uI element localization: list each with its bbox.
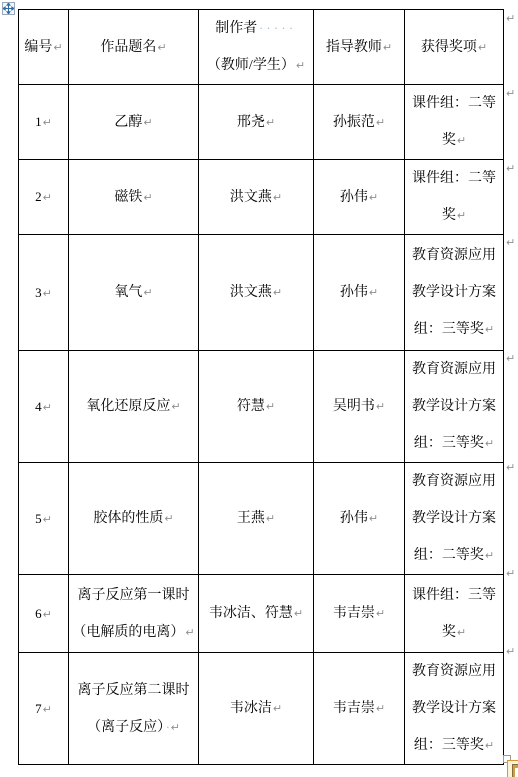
award-text: 组：三等奖 [414, 436, 484, 451]
cell-creator[interactable]: 邢尧↵ [199, 85, 314, 160]
header-cell-advisor[interactable]: 指导教师↵ [314, 10, 405, 85]
table-header-row: 编号↵ 作品题名↵ 制作者····· （教师/学生）↵ 指导教师↵ 获得奖项↵ [19, 10, 504, 85]
cell-end-mark: ↵ [294, 607, 303, 620]
cell-end-mark: ↵ [296, 59, 305, 72]
cell-end-mark: ↵ [53, 41, 62, 54]
row-number: 3 [35, 285, 42, 300]
cell-end-mark: ↵ [457, 209, 466, 222]
table-row: 1↵ 乙醇↵ 邢尧↵ 孙振范↵ 课件组：二等 奖↵ [19, 85, 504, 160]
cell-end-mark: ↵ [164, 512, 173, 525]
work-title: 离子反应第一课时 [78, 588, 190, 603]
award-text: 奖 [442, 208, 456, 223]
clipboard-icon [512, 764, 518, 777]
work-title: 氧气 [114, 285, 142, 300]
cell-advisor[interactable]: 吴明书↵ [314, 351, 405, 463]
row-end-mark: ↵ [506, 646, 515, 657]
row-end-mark: ↵ [506, 237, 515, 248]
award-text: 组：二等奖 [414, 548, 484, 563]
cell-end-mark: ↵ [266, 512, 275, 525]
cell-end-mark: ↵ [266, 400, 275, 413]
cell-creator[interactable]: 韦冰洁、符慧↵ [199, 575, 314, 653]
cell-end-mark: ↵ [376, 702, 385, 715]
cell-title[interactable]: 磁铁↵ [69, 160, 199, 235]
document-page: 编号↵ 作品题名↵ 制作者····· （教师/学生）↵ 指导教师↵ 获得奖项↵ … [0, 0, 518, 777]
award-text: 教育资源应用 [412, 474, 496, 489]
cell-title[interactable]: 乙醇↵ [69, 85, 199, 160]
row-number: 4 [35, 399, 42, 414]
advisor-name: 孙伟 [340, 285, 368, 300]
cell-end-mark: ↵ [376, 607, 385, 620]
header-advisor-label: 指导教师 [326, 40, 382, 55]
cell-no[interactable]: 3↵ [19, 235, 69, 351]
creator-name: 洪文燕 [230, 285, 272, 300]
cell-end-mark: ↵ [485, 323, 494, 336]
creator-name: 王燕 [237, 511, 265, 526]
paste-options-button[interactable] [507, 760, 518, 777]
space-dots-mark: ····· [259, 22, 296, 35]
cell-creator[interactable]: 洪文燕↵ [199, 235, 314, 351]
header-creator-sublabel: （教师/学生） [207, 58, 295, 73]
advisor-name: 孙伟 [340, 511, 368, 526]
cell-end-mark: ↵ [143, 286, 152, 299]
advisor-name: 韦吉崇 [333, 701, 375, 716]
row-end-mark: ↵ [506, 13, 515, 24]
table-row: 3↵ 氧气↵ 洪文燕↵ 孙伟↵ 教育资源应用 教学设计方案 组：三等奖↵ [19, 235, 504, 351]
cell-advisor[interactable]: 韦吉崇↵ [314, 653, 405, 765]
header-cell-creator[interactable]: 制作者····· （教师/学生）↵ [199, 10, 314, 85]
row-end-mark: ↵ [506, 462, 515, 473]
cell-end-mark: ↵ [485, 437, 494, 450]
cell-end-mark: ↵ [43, 116, 52, 129]
cell-end-mark: ↵ [157, 41, 166, 54]
cell-end-mark: ↵ [43, 401, 52, 414]
cell-end-mark: ↵ [369, 512, 378, 525]
header-cell-award[interactable]: 获得奖项↵ [405, 10, 504, 85]
cell-advisor[interactable]: 孙伟↵ [314, 463, 405, 575]
cell-end-mark: ↵ [457, 134, 466, 147]
cell-title[interactable]: 氧气↵ [69, 235, 199, 351]
row-end-mark: ↵ [506, 568, 515, 579]
cell-end-mark: ↵ [171, 721, 180, 734]
cell-award[interactable]: 教育资源应用 教学设计方案 组：二等奖↵ [405, 463, 504, 575]
cell-end-mark: ↵ [457, 626, 466, 639]
cell-award[interactable]: 课件组：二等 奖↵ [405, 160, 504, 235]
header-no-label: 编号 [24, 40, 52, 55]
work-title: （电解质的电离） [72, 625, 184, 640]
cell-end-mark: ↵ [43, 608, 52, 621]
row-number: 7 [35, 701, 42, 716]
cell-no[interactable]: 6↵ [19, 575, 69, 653]
cell-end-mark: ↵ [143, 191, 152, 204]
table-row: 2↵ 磁铁↵ 洪文燕↵ 孙伟↵ 课件组：二等 奖↵ [19, 160, 504, 235]
row-number: 6 [35, 606, 42, 621]
creator-name: 韦冰洁、符慧 [209, 606, 293, 621]
cell-no[interactable]: 2↵ [19, 160, 69, 235]
cell-award[interactable]: 教育资源应用 教学设计方案 组：三等奖↵ [405, 351, 504, 463]
award-text: 教学设计方案 [412, 285, 496, 300]
creator-name: 洪文燕 [230, 190, 272, 205]
cell-end-mark: ↵ [43, 191, 52, 204]
award-text: 教育资源应用 [412, 664, 496, 679]
cell-end-mark: ↵ [171, 400, 180, 413]
cell-advisor[interactable]: 孙伟↵ [314, 235, 405, 351]
table-row: 7↵ 离子反应第二课时 （离子反应）·↵ 韦冰洁↵ 韦吉崇↵ 教育资源应用 教学… [19, 653, 504, 765]
award-text: 教育资源应用 [412, 248, 496, 263]
cell-title[interactable]: 离子反应第二课时 （离子反应）·↵ [69, 653, 199, 765]
cell-end-mark: ↵ [43, 513, 52, 526]
advisor-name: 孙振范 [333, 115, 375, 130]
cell-end-mark: ↵ [273, 191, 282, 204]
awards-table: 编号↵ 作品题名↵ 制作者····· （教师/学生）↵ 指导教师↵ 获得奖项↵ … [18, 9, 504, 765]
cell-advisor[interactable]: 孙伟↵ [314, 160, 405, 235]
award-text: 奖 [442, 625, 456, 640]
award-text: 课件组：二等 [412, 171, 496, 186]
cell-end-mark: ↵ [376, 116, 385, 129]
work-title: 氧化还原反应 [86, 399, 170, 414]
creator-name: 符慧 [237, 399, 265, 414]
cell-end-mark: ↵ [478, 41, 487, 54]
cell-end-mark: ↵ [383, 41, 392, 54]
award-text: 教育资源应用 [412, 362, 496, 377]
cell-award[interactable]: 课件组：二等 奖↵ [405, 85, 504, 160]
header-cell-no[interactable]: 编号↵ [19, 10, 69, 85]
cell-no[interactable]: 7↵ [19, 653, 69, 765]
move-arrow-icon [3, 3, 14, 14]
table-move-handle[interactable] [2, 2, 15, 15]
work-title: 磁铁 [114, 190, 142, 205]
row-number: 2 [35, 189, 42, 204]
cell-end-mark: ↵ [485, 549, 494, 562]
cell-creator[interactable]: 洪文燕↵ [199, 160, 314, 235]
space-dot-mark: · [166, 721, 170, 734]
cell-end-mark: ↵ [273, 286, 282, 299]
cell-no[interactable]: 5↵ [19, 463, 69, 575]
cell-advisor[interactable]: 韦吉崇↵ [314, 575, 405, 653]
award-text: 教学设计方案 [412, 399, 496, 414]
work-title: 乙醇 [114, 115, 142, 130]
award-text: 组：三等奖 [414, 738, 484, 753]
row-number: 5 [35, 511, 42, 526]
advisor-name: 孙伟 [340, 190, 368, 205]
cell-end-mark: ↵ [273, 702, 282, 715]
cell-creator[interactable]: 符慧↵ [199, 351, 314, 463]
cell-end-mark: ↵ [485, 739, 494, 752]
advisor-name: 韦吉崇 [333, 606, 375, 621]
award-text: 课件组：二等 [412, 96, 496, 111]
cell-end-mark: ↵ [369, 191, 378, 204]
cell-award[interactable]: 课件组：三等 奖↵ [405, 575, 504, 653]
cell-title[interactable]: 氧化还原反应↵ [69, 351, 199, 463]
award-text: 课件组：三等 [412, 588, 496, 603]
cell-end-mark: ↵ [43, 287, 52, 300]
header-creator-label: 制作者 [215, 21, 257, 36]
cell-award[interactable]: 教育资源应用 教学设计方案 组：三等奖↵ [405, 653, 504, 765]
work-title: 胶体的性质 [93, 511, 163, 526]
advisor-name: 吴明书 [333, 399, 375, 414]
row-number: 1 [35, 114, 42, 129]
table-row: 5↵ 胶体的性质↵ 王燕↵ 孙伟↵ 教育资源应用 教学设计方案 组：二等奖↵ [19, 463, 504, 575]
work-title: 离子反应第二课时 [78, 683, 190, 698]
cell-end-mark: ↵ [376, 400, 385, 413]
table-row: 6↵ 离子反应第一课时 （电解质的电离）↵ 韦冰洁、符慧↵ 韦吉崇↵ 课件组：三… [19, 575, 504, 653]
cell-title[interactable]: 胶体的性质↵ [69, 463, 199, 575]
cell-end-mark: ↵ [143, 116, 152, 129]
header-cell-title[interactable]: 作品题名↵ [69, 10, 199, 85]
cell-end-mark: ↵ [266, 116, 275, 129]
creator-name: 邢尧 [237, 115, 265, 130]
cell-creator[interactable]: 王燕↵ [199, 463, 314, 575]
creator-name: 韦冰洁 [230, 701, 272, 716]
row-end-mark: ↵ [506, 353, 515, 364]
row-end-mark: ↵ [506, 88, 515, 99]
cell-end-mark: ↵ [185, 626, 194, 639]
table-row: 4↵ 氧化还原反应↵ 符慧↵ 吴明书↵ 教育资源应用 教学设计方案 组：三等奖↵ [19, 351, 504, 463]
cell-end-mark: ↵ [369, 286, 378, 299]
header-title-label: 作品题名 [100, 40, 156, 55]
work-title: （离子反应） [87, 720, 164, 735]
award-text: 教学设计方案 [412, 701, 496, 716]
header-award-label: 获得奖项 [421, 40, 477, 55]
cell-advisor[interactable]: 孙振范↵ [314, 85, 405, 160]
cell-end-mark: ↵ [43, 703, 52, 716]
award-text: 教学设计方案 [412, 511, 496, 526]
cell-creator[interactable]: 韦冰洁↵ [199, 653, 314, 765]
cell-no[interactable]: 4↵ [19, 351, 69, 463]
award-text: 组：三等奖 [414, 322, 484, 337]
cell-award[interactable]: 教育资源应用 教学设计方案 组：三等奖↵ [405, 235, 504, 351]
award-text: 奖 [442, 133, 456, 148]
row-end-mark: ↵ [506, 163, 515, 174]
cell-title[interactable]: 离子反应第一课时 （电解质的电离）↵ [69, 575, 199, 653]
cell-no[interactable]: 1↵ [19, 85, 69, 160]
